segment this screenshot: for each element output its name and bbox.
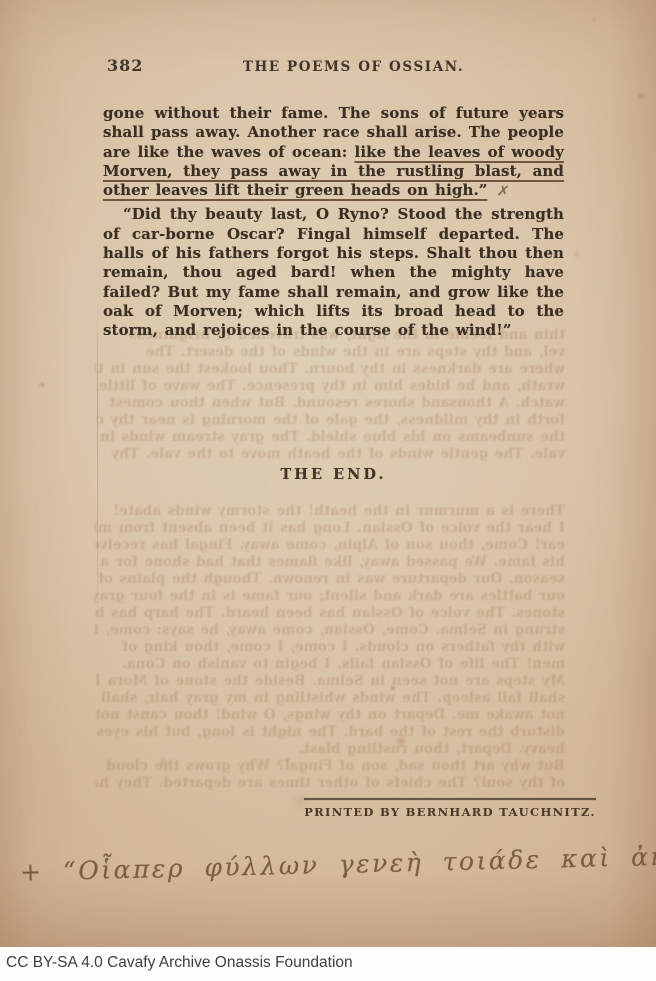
page-number: 382 [107,56,143,76]
paragraph-1: gone without their fame. The sons of fut… [103,104,564,200]
running-title: THE POEMS OF OSSIAN. [143,58,564,76]
license-bar: CC BY-SA 4.0 Cavafy Archive Onassis Foun… [0,947,656,981]
printer-imprint: PRINTED BY BERNHARD TAUCHNITZ. [304,798,596,819]
book-page-scan: thin and feeble in the light, was travel… [0,0,656,981]
the-end-label: THE END. [103,466,564,484]
page-header: 382 THE POEMS OF OSSIAN. [103,56,564,76]
imprint-text: PRINTED BY BERNHARD TAUCHNITZ. [304,805,596,819]
paragraph-2: “Did thy beauty last, O Ryno? Stood the … [103,205,564,340]
pencil-cross-mark: ✗ [495,181,510,202]
imprint-rule [304,798,596,800]
license-text: CC BY-SA 4.0 Cavafy Archive Onassis Foun… [6,954,353,971]
body-text: gone without their fame. The sons of fut… [103,104,564,341]
